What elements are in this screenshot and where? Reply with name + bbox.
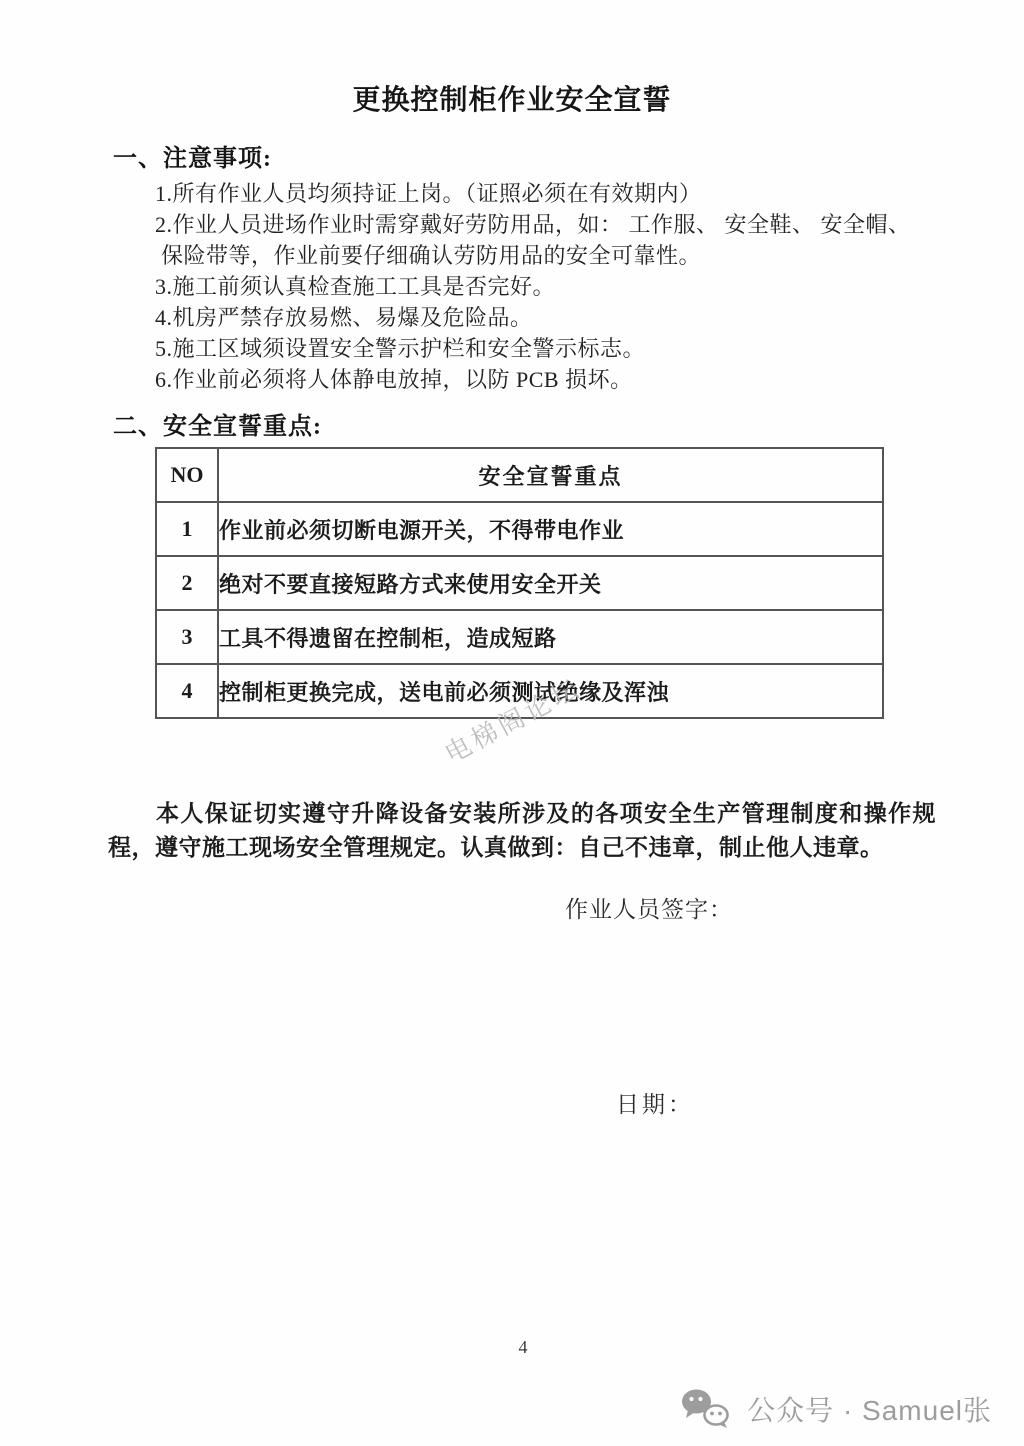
wechat-account-label: 公众号 · Samuel张 — [747, 1389, 992, 1429]
table-header-row: NO 安全宣誓重点 — [156, 448, 883, 502]
note-item-4: 4.机房严禁存放易燃、易爆及危险品。 — [155, 302, 955, 333]
note-item-6: 6.作业前必须将人体静电放掉，以防 PCB 损坏。 — [155, 364, 955, 395]
table-cell-topic: 作业前必须切断电源开关，不得带电作业 — [218, 502, 883, 556]
pledge-points-table: NO 安全宣誓重点 1 作业前必须切断电源开关，不得带电作业 2 绝对不要直接短… — [155, 447, 884, 719]
table-cell-topic: 绝对不要直接短路方式来使用安全开关 — [218, 556, 883, 610]
notes-list: 1.所有作业人员均须持证上岗。（证照必须在有效期内） 2.作业人员进场作业时需穿… — [155, 178, 955, 395]
table-cell-no: 3 — [156, 610, 218, 664]
wechat-icon — [681, 1388, 733, 1430]
table-cell-no: 4 — [156, 664, 218, 718]
table-header-no: NO — [156, 448, 218, 502]
table-row: 3 工具不得遗留在控制柜，造成短路 — [156, 610, 883, 664]
signature-label: 作业人员签字： — [565, 891, 733, 924]
note-item-2: 2.作业人员进场作业时需穿戴好劳防用品，如： 工作服、 安全鞋、 安全帽、 保险… — [155, 209, 955, 271]
table-row: 1 作业前必须切断电源开关，不得带电作业 — [156, 502, 883, 556]
table-row: 4 控制柜更换完成，送电前必须测试绝缘及浑浊 — [156, 664, 883, 718]
note-item-3: 3.施工前须认真检查施工工具是否完好。 — [155, 271, 955, 302]
table-cell-topic: 工具不得遗留在控制柜，造成短路 — [218, 610, 883, 664]
pledge-paragraph: 本人保证切实遵守升降设备安装所涉及的各项安全生产管理制度和操作规程，遵守施工现场… — [108, 797, 936, 865]
note-item-1: 1.所有作业人员均须持证上岗。（证照必须在有效期内） — [155, 178, 955, 209]
date-label: 日期： — [616, 1086, 694, 1119]
table-cell-no: 2 — [156, 556, 218, 610]
footer-brand: 公众号 · Samuel张 — [681, 1388, 992, 1430]
table-row: 2 绝对不要直接短路方式来使用安全开关 — [156, 556, 883, 610]
document-page: 更换控制柜作业安全宣誓 一、注意事项: 1.所有作业人员均须持证上岗。（证照必须… — [0, 0, 1024, 1446]
section-heading-pledge-points: 二、安全宣誓重点: — [113, 406, 322, 441]
note-item-5: 5.施工区域须设置安全警示护栏和安全警示标志。 — [155, 333, 955, 364]
table-header-topic: 安全宣誓重点 — [218, 448, 883, 502]
table-cell-topic: 控制柜更换完成，送电前必须测试绝缘及浑浊 — [218, 664, 883, 718]
document-title: 更换控制柜作业安全宣誓 — [0, 78, 1024, 118]
section-heading-notes: 一、注意事项: — [113, 138, 272, 173]
page-number: 4 — [0, 1337, 1024, 1358]
table-cell-no: 1 — [156, 502, 218, 556]
